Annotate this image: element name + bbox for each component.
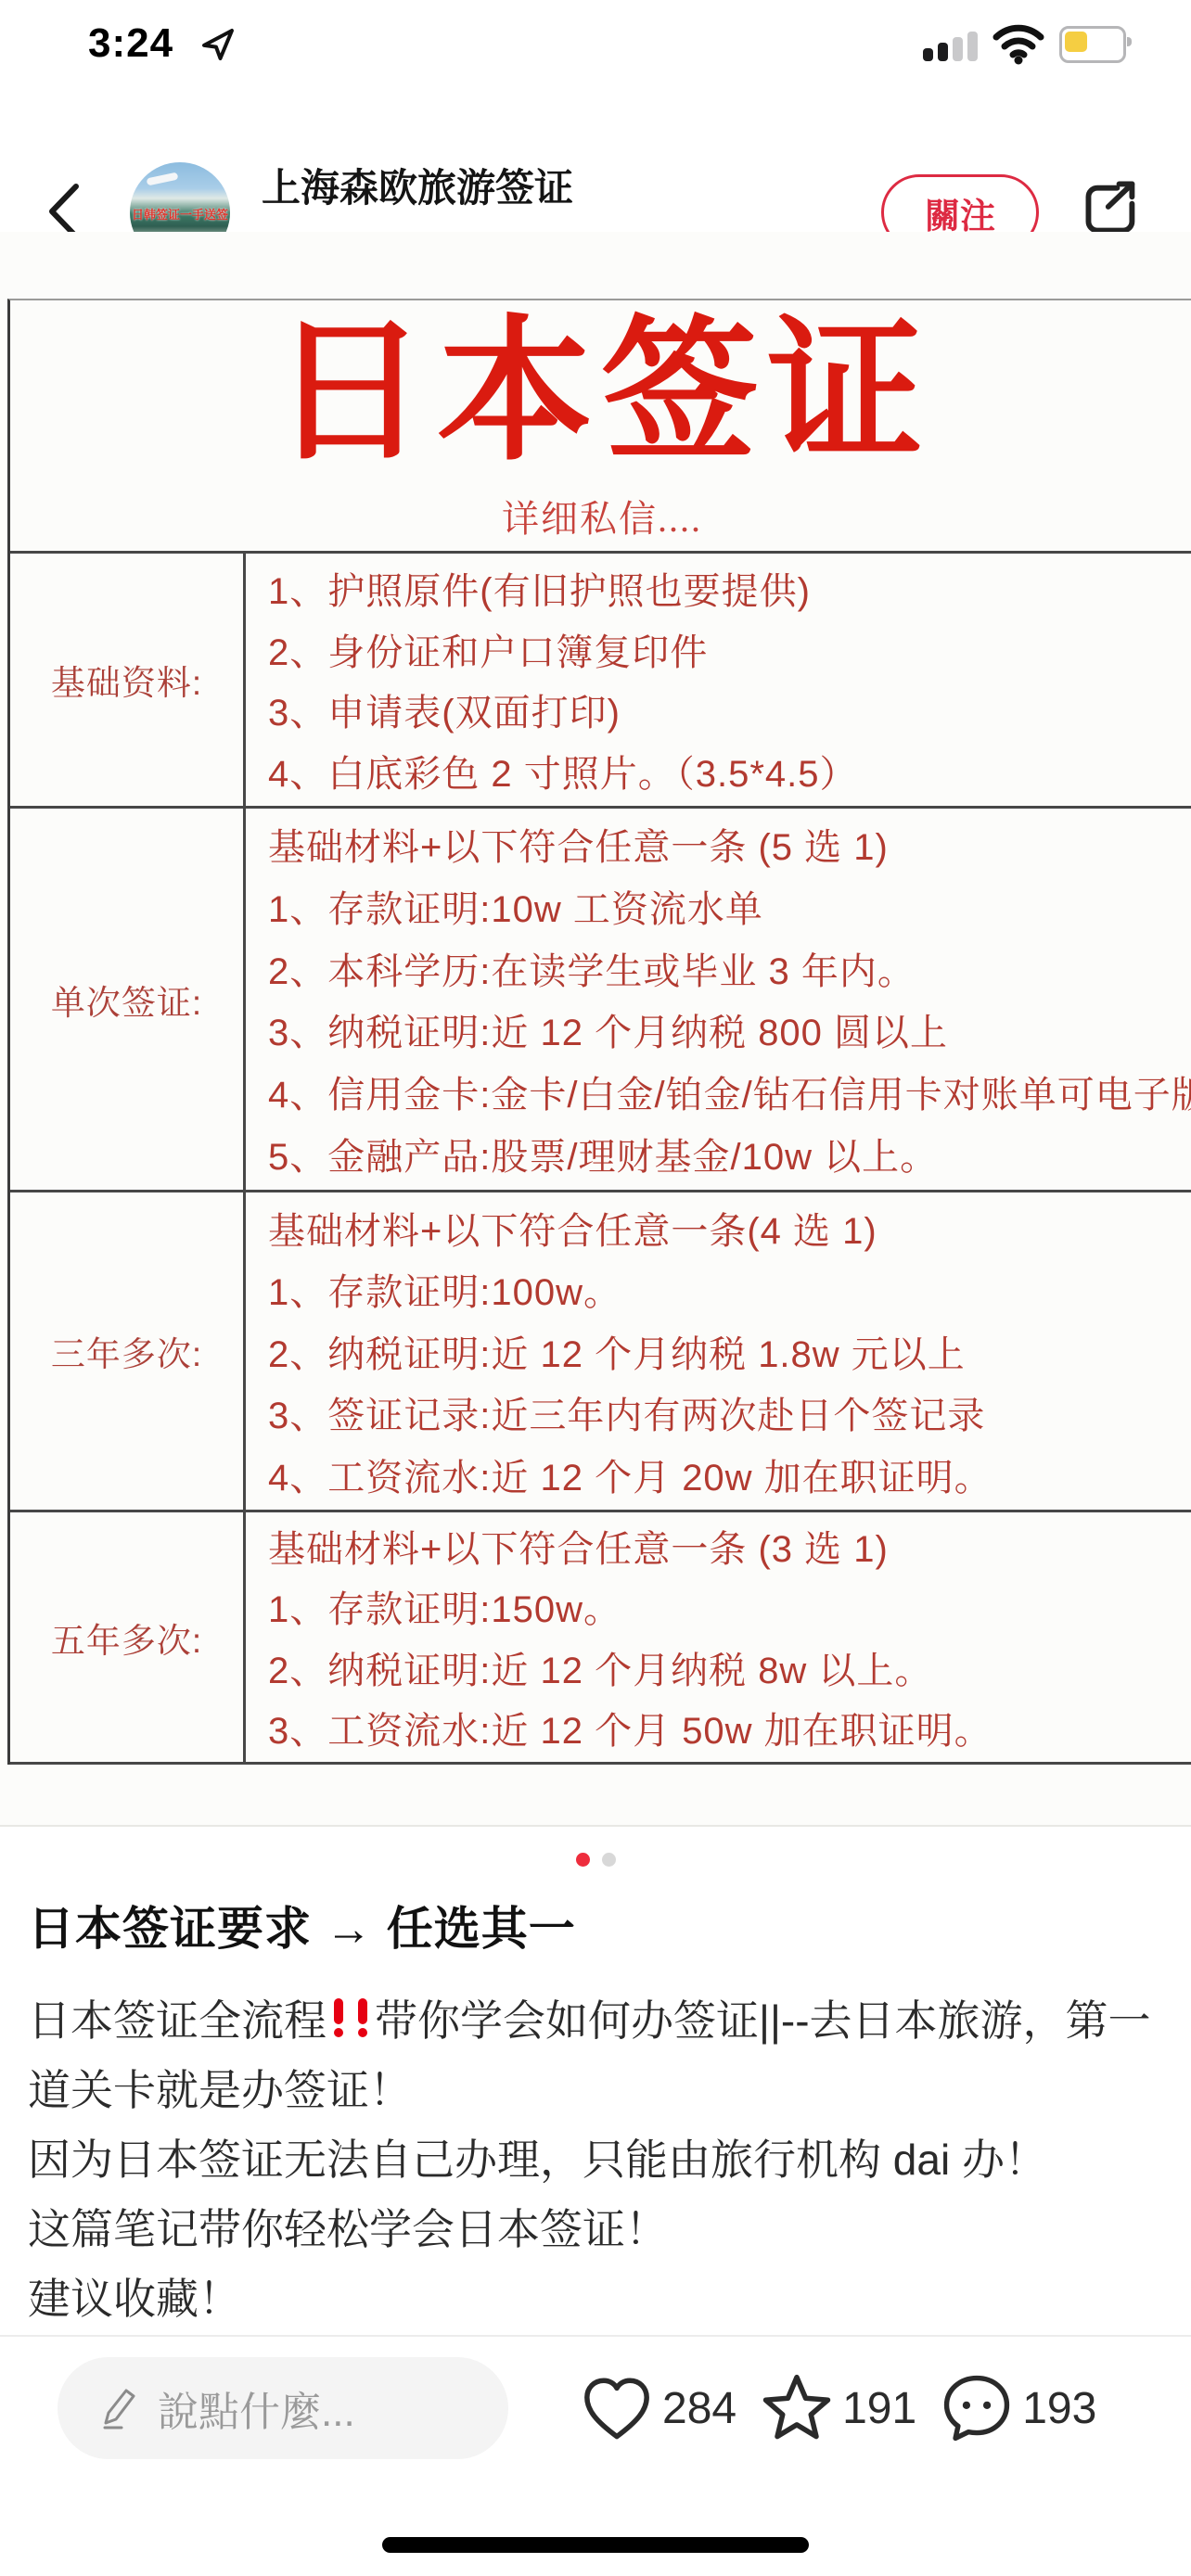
pencil-icon bbox=[98, 2386, 139, 2430]
location-arrow-icon bbox=[199, 26, 237, 63]
screen: 3:24 日韩签证一手送签 上海 bbox=[0, 0, 1191, 2576]
table-line: 2、纳税证明:近 12 个月纳税 1.8w 元以上 bbox=[268, 1325, 1191, 1378]
table-line: 3、纳税证明:近 12 个月纳税 800 圆以上 bbox=[268, 1003, 1191, 1056]
bottom-bar-divider bbox=[0, 2335, 1191, 2337]
post-paragraph: 建议收藏！ bbox=[28, 2264, 1169, 2334]
table-row: 单次签证: 基础材料+以下符合任意一条 (5 选 1) 1、存款证明:10w 工… bbox=[10, 809, 1191, 1192]
post-title: 日本签证要求 → 任选其一 bbox=[28, 1892, 576, 1958]
collect-button[interactable]: 191 bbox=[761, 2373, 916, 2443]
status-time: 3:24 bbox=[88, 20, 173, 67]
post-paragraph: 因为日本签证无法自己办理，只能由旅行机构 dai 办！ bbox=[28, 2125, 1169, 2195]
table-line: 2、本科学历:在读学生或毕业 3 年内。 bbox=[268, 942, 1191, 995]
wifi-icon bbox=[992, 24, 1044, 65]
post-image[interactable]: 日本签证 详细私信.... 基础资料: 1、护照原件(有旧护照也要提供) 2、身… bbox=[0, 232, 1191, 1827]
comment-button[interactable]: 193 bbox=[941, 2373, 1096, 2443]
table-line: 3、签证记录:近三年内有两次赴日个签记录 bbox=[268, 1386, 1191, 1439]
table-line: 4、信用金卡:金卡/白金/铂金/钻石信用卡对账单可电子版 bbox=[268, 1065, 1191, 1118]
share-icon[interactable] bbox=[1082, 178, 1141, 237]
avatar-caption: 日韩签证一手送签 bbox=[130, 205, 230, 223]
table-title-row: 日本签证 详细私信.... bbox=[10, 310, 1191, 554]
pagination-dots bbox=[0, 1853, 1191, 1867]
post-body: 日本签证全流程带你学会如何办签证||--去日本旅游，第一道关卡就是办签证！ 因为… bbox=[28, 1986, 1169, 2334]
row-label: 基础资料: bbox=[51, 655, 202, 705]
table-line: 3、申请表(双面打印) bbox=[268, 683, 1191, 736]
battery-icon bbox=[1059, 26, 1126, 63]
comment-bubble-icon bbox=[941, 2373, 1013, 2443]
table-line: 1、存款证明:100w。 bbox=[268, 1263, 1191, 1316]
engagement-actions: 284 191 193 bbox=[581, 2357, 1096, 2459]
cellular-signal-icon bbox=[923, 24, 978, 65]
post-paragraph: 日本签证全流程带你学会如何办签证||--去日本旅游，第一道关卡就是办签证！ bbox=[28, 1986, 1169, 2125]
table-line: 1、存款证明:150w。 bbox=[268, 1580, 1191, 1633]
comment-placeholder: 說點什麼... bbox=[158, 2378, 355, 2438]
visa-table: 日本签证 详细私信.... 基础资料: 1、护照原件(有旧护照也要提供) 2、身… bbox=[7, 299, 1191, 1765]
like-button[interactable]: 284 bbox=[581, 2374, 736, 2442]
pagination-dot[interactable] bbox=[602, 1853, 616, 1867]
table-row: 基础资料: 1、护照原件(有旧护照也要提供) 2、身份证和户口簿复印件 3、申请… bbox=[10, 554, 1191, 809]
status-icons bbox=[923, 24, 1126, 65]
exclamation-icon bbox=[333, 1998, 344, 2039]
table-line: 2、纳税证明:近 12 个月纳税 8w 以上。 bbox=[268, 1641, 1191, 1694]
pagination-dot-active[interactable] bbox=[576, 1853, 590, 1867]
table-line: 4、白底彩色 2 寸照片。（3.5*4.5） bbox=[268, 745, 1191, 797]
table-line: 1、护照原件(有旧护照也要提供) bbox=[268, 562, 1191, 615]
table-line: 5、金融产品:股票/理财基金/10w 以上。 bbox=[268, 1128, 1191, 1180]
row-label: 单次签证: bbox=[51, 975, 202, 1025]
collect-count: 191 bbox=[842, 2383, 916, 2434]
table-row: 五年多次: 基础材料+以下符合任意一条 (3 选 1) 1、存款证明:150w。… bbox=[10, 1512, 1191, 1765]
row-label: 五年多次: bbox=[51, 1613, 202, 1663]
table-line: 基础材料+以下符合任意一条 (5 选 1) bbox=[268, 818, 1191, 871]
post-paragraph: 这篇笔记带你轻松学会日本签证！ bbox=[28, 2195, 1169, 2264]
comment-count: 193 bbox=[1022, 2383, 1096, 2434]
table-line: 3、工资流水:近 12 个月 50w 加在职证明。 bbox=[268, 1702, 1191, 1754]
heart-icon bbox=[581, 2374, 653, 2442]
star-icon bbox=[761, 2373, 833, 2443]
like-count: 284 bbox=[662, 2383, 736, 2434]
image-subtitle: 详细私信.... bbox=[10, 490, 1191, 542]
row-label: 三年多次: bbox=[51, 1326, 202, 1376]
status-bar: 3:24 bbox=[0, 0, 1191, 83]
table-line: 4、工资流水:近 12 个月 20w 加在职证明。 bbox=[268, 1448, 1191, 1501]
table-line: 基础材料+以下符合任意一条(4 选 1) bbox=[268, 1202, 1191, 1255]
account-name: 上海森欧旅游签证 bbox=[262, 165, 573, 211]
table-row: 三年多次: 基础材料+以下符合任意一条(4 选 1) 1、存款证明:100w。 … bbox=[10, 1192, 1191, 1512]
table-line: 2、身份证和户口簿复印件 bbox=[268, 623, 1191, 676]
image-title: 日本签证 bbox=[10, 310, 1191, 477]
exclamation-icon bbox=[357, 1998, 368, 2039]
table-line: 1、存款证明:10w 工资流水单 bbox=[268, 880, 1191, 933]
airplane-decoration bbox=[147, 172, 179, 186]
home-indicator[interactable] bbox=[382, 2537, 809, 2553]
table-line: 基础材料+以下符合任意一条 (3 选 1) bbox=[268, 1520, 1191, 1573]
comment-input[interactable]: 說點什麼... bbox=[58, 2357, 508, 2459]
